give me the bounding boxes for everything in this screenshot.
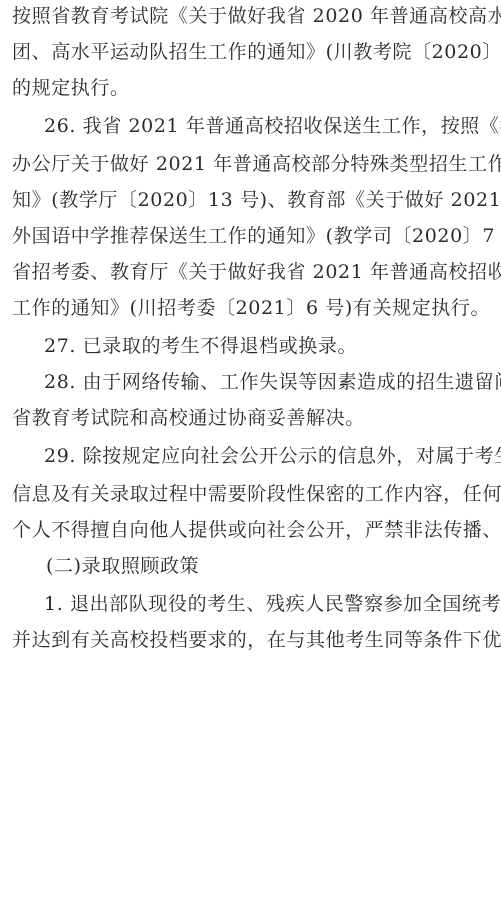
paragraph-start-29: 29. 除按规定应向社会公开公示的信息外，对属于考生个人: [0, 442, 501, 470]
text-line: 信息及有关录取过程中需要阶段性保密的工作内容，任何单位和: [0, 480, 501, 508]
text-line-content: 按照省教育考试院《关于做好我省 2020 年普通高校高水平艺术: [12, 2, 501, 30]
text-line-content: 办公厅关于做好 2021 年普通高校部分特殊类型招生工作的通: [12, 150, 501, 178]
text-line-content: 27. 已录取的考生不得退档或换录。: [44, 332, 357, 360]
text-line-content: 28. 由于网络传输、工作失误等因素造成的招生遗留问题，: [44, 368, 501, 396]
text-line: 团、高水平运动队招生工作的通知》(川教考院〔2020〕3 号): [0, 38, 501, 66]
text-line: 省教育考试院和高校通过协商妥善解决。: [0, 404, 501, 432]
document-page: 按照省教育考试院《关于做好我省 2020 年普通高校高水平艺术 团、高水平运动队…: [0, 0, 501, 912]
text-line: 并达到有关高校投档要求的，在与其他考生同等条件下优先录: [0, 626, 501, 654]
text-line-content: 外国语中学推荐保送生工作的通知》(教学司〔2020〕7 号)及: [12, 222, 501, 250]
paragraph-start-28: 28. 由于网络传输、工作失误等因素造成的招生遗留问题，: [0, 368, 501, 396]
paragraph-start-27: 27. 已录取的考生不得退档或换录。: [0, 332, 501, 360]
text-line-content: 工作的通知》(川招考委〔2021〕6 号)有关规定执行。: [12, 294, 490, 322]
text-line: 外国语中学推荐保送生工作的通知》(教学司〔2020〕7 号)及: [0, 222, 501, 250]
text-line: 省招考委、教育厅《关于做好我省 2021 年普通高校招收保送生: [0, 258, 501, 286]
text-line: 工作的通知》(川招考委〔2021〕6 号)有关规定执行。: [0, 294, 501, 322]
text-line: 个人不得擅自向他人提供或向社会公开，严禁非法传播、出售。: [0, 516, 501, 544]
text-line-content: 信息及有关录取过程中需要阶段性保密的工作内容，任何单位和: [12, 480, 501, 508]
text-line-content: 省招考委、教育厅《关于做好我省 2021 年普通高校招收保送生: [12, 258, 501, 286]
text-line: 知》(教学厅〔2020〕13 号)、教育部《关于做好 2021 年部分: [0, 186, 501, 214]
text-line-content: 知》(教学厅〔2020〕13 号)、教育部《关于做好 2021 年部分: [12, 186, 501, 214]
text-line-content: 并达到有关高校投档要求的，在与其他考生同等条件下优先录: [12, 626, 501, 654]
section-heading: (二)录取照顾政策: [0, 552, 501, 580]
text-line-content: 团、高水平运动队招生工作的通知》(川教考院〔2020〕3 号): [12, 38, 501, 66]
paragraph-start-26: 26. 我省 2021 年普通高校招收保送生工作，按照《教育部: [0, 112, 501, 140]
text-line-content: 26. 我省 2021 年普通高校招收保送生工作，按照《教育部: [44, 112, 501, 140]
text-line: 按照省教育考试院《关于做好我省 2020 年普通高校高水平艺术: [0, 2, 501, 30]
paragraph-start-1: 1. 退出部队现役的考生、残疾人民警察参加全国统考录取: [0, 590, 501, 618]
text-line-content: 省教育考试院和高校通过协商妥善解决。: [12, 404, 365, 432]
text-line-content: 1. 退出部队现役的考生、残疾人民警察参加全国统考录取: [44, 590, 501, 618]
text-line-content: 个人不得擅自向他人提供或向社会公开，严禁非法传播、出售。: [12, 516, 501, 544]
text-line-content: 29. 除按规定应向社会公开公示的信息外，对属于考生个人: [44, 442, 501, 470]
text-line: 办公厅关于做好 2021 年普通高校部分特殊类型招生工作的通: [0, 150, 501, 178]
section-heading-text: (二)录取照顾政策: [46, 552, 199, 580]
text-line-content: 的规定执行。: [12, 74, 130, 102]
text-line: 的规定执行。: [0, 74, 501, 102]
